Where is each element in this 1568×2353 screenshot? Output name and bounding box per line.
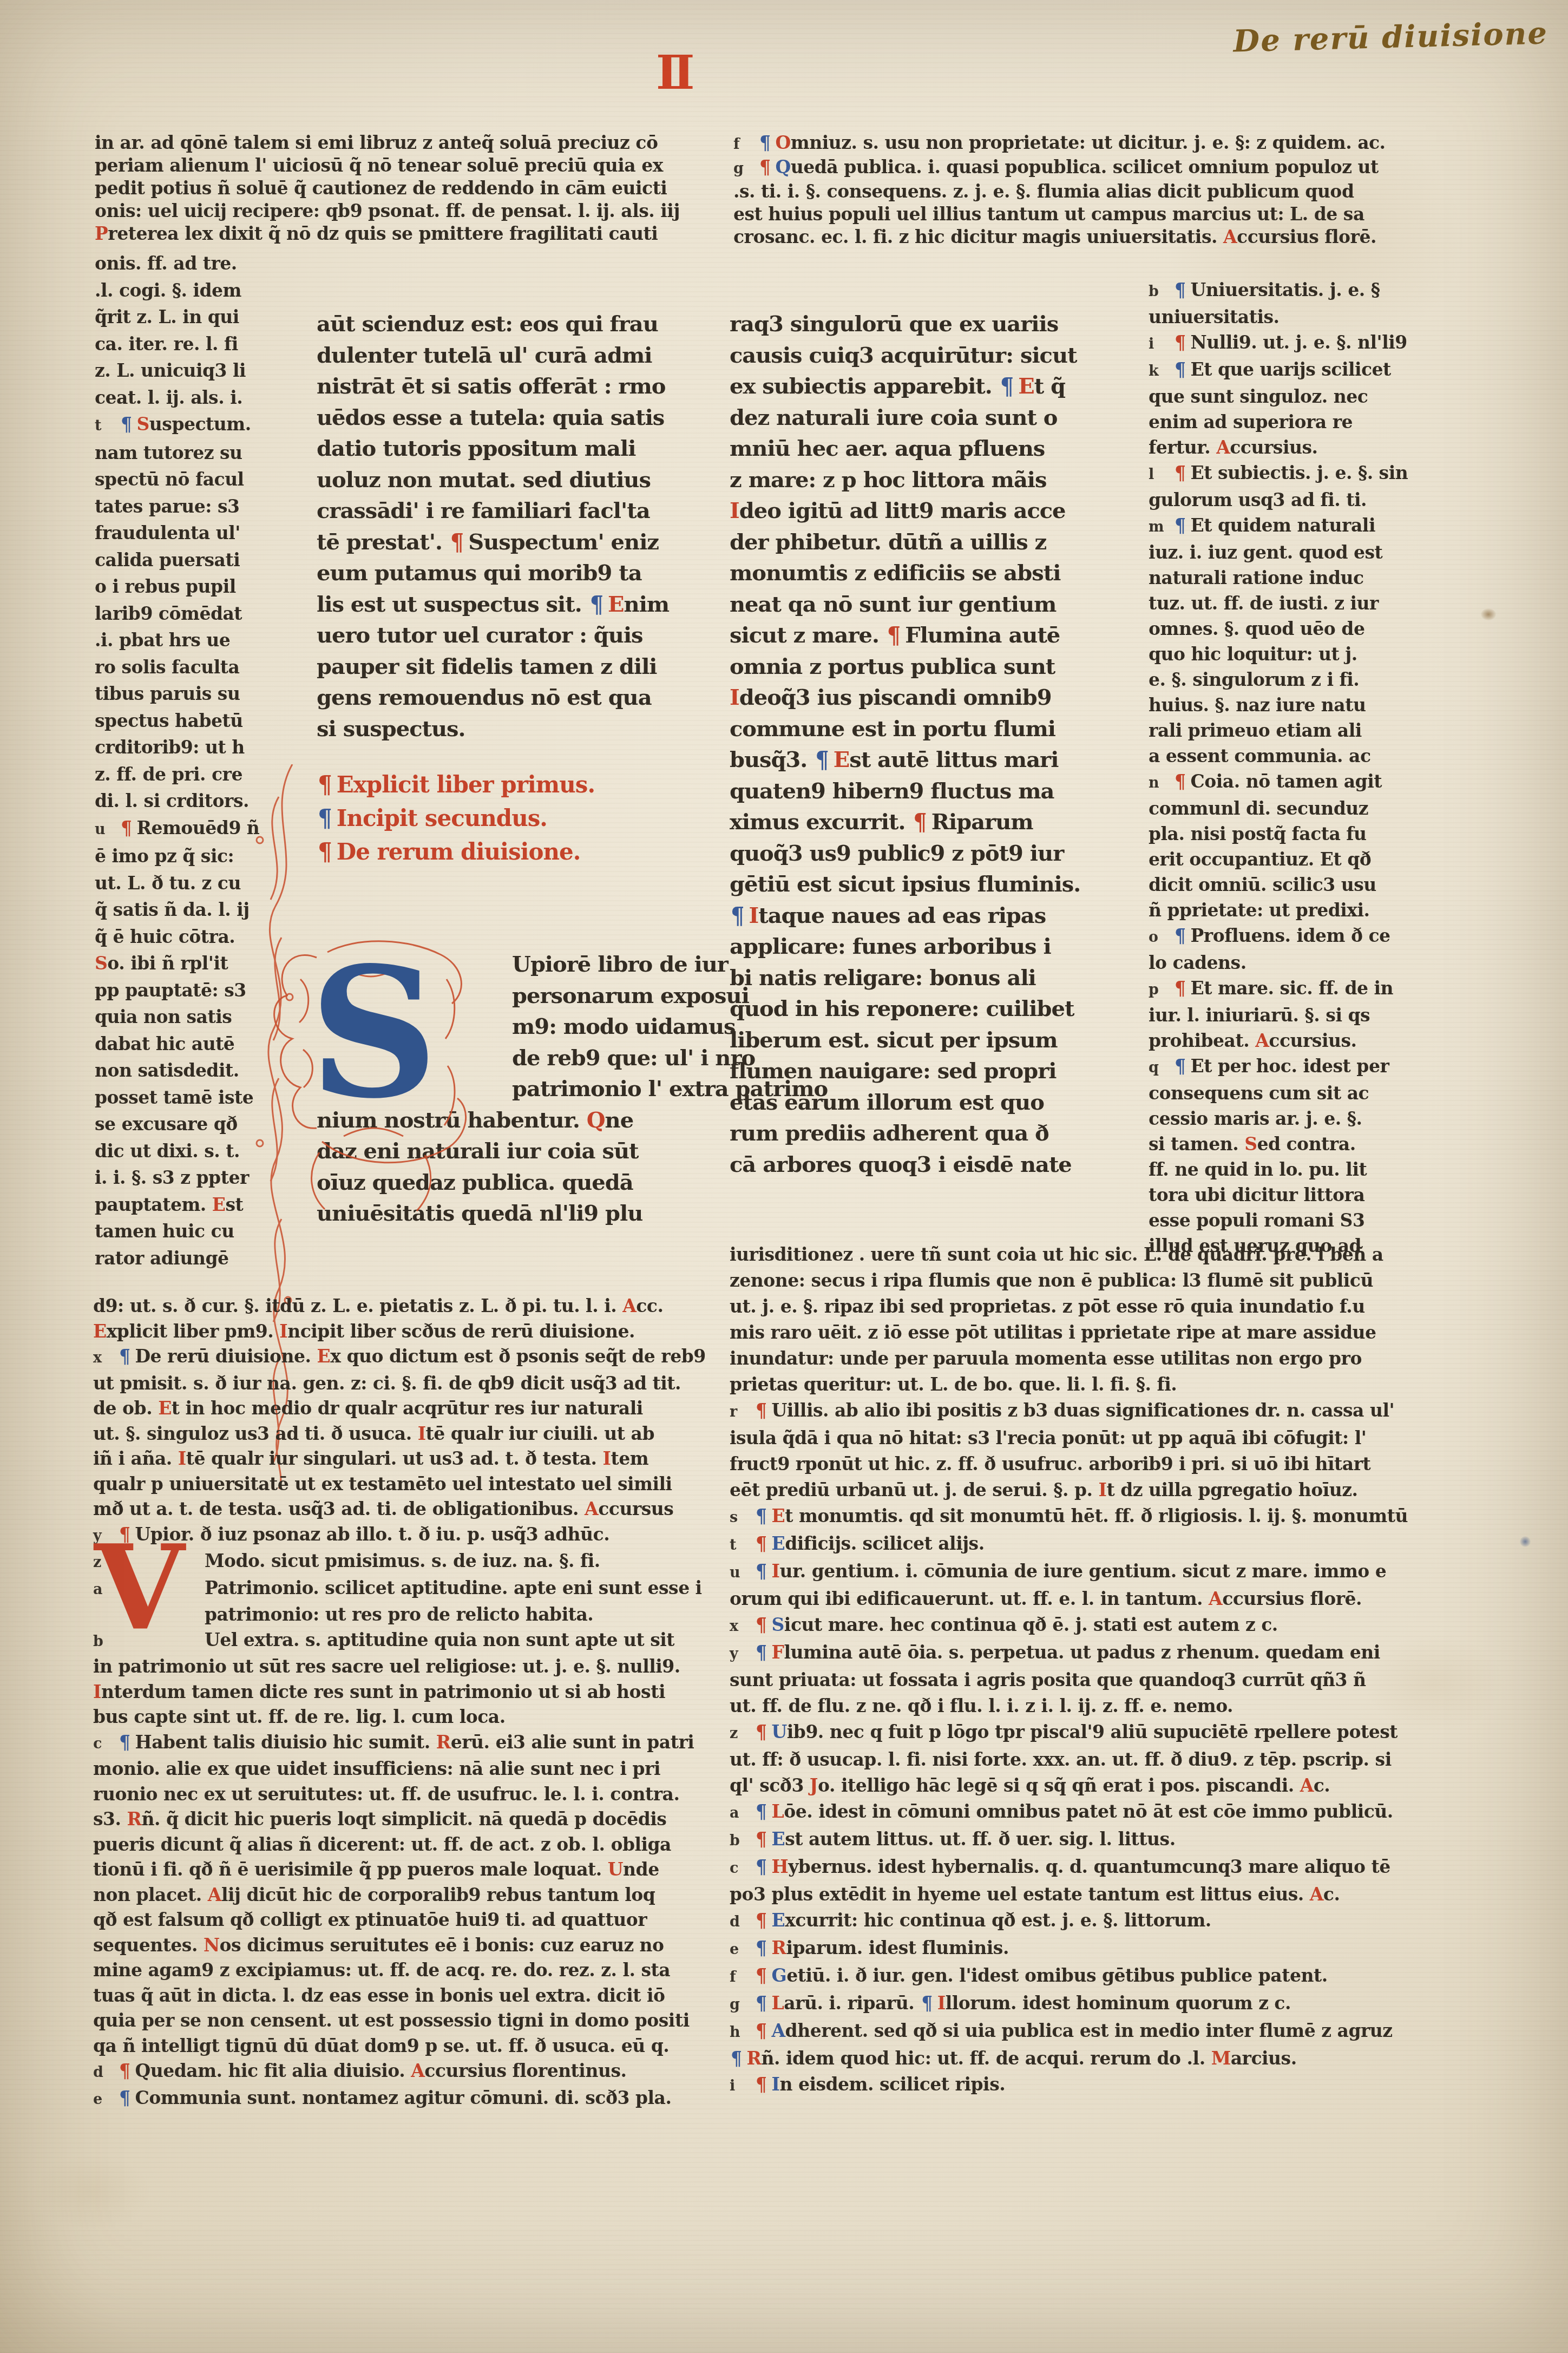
text-line: ut. ff. de flu. z ne. qð i flu. l. i. z … (730, 1693, 1560, 1719)
text-line: pla. nisi postq̃ facta fu (1149, 821, 1547, 847)
paragraph-mark-blue: ¶ (1175, 1052, 1186, 1080)
text-line: quaten9 hibern9 fluctus ma (730, 776, 1152, 807)
text-line: u¶Iur. gentium. i. cōmunia de iure genti… (730, 1558, 1560, 1586)
gloss-index-letter: a (730, 1800, 755, 1826)
text-line: de ob. Et in hoc medio dr qualr acqrūtur… (93, 1396, 755, 1421)
text-line: c¶Hybernus. idest hybernalis. q. d. quan… (730, 1854, 1560, 1882)
text-line: lis est ut suspectus sit. ¶Enim (317, 589, 734, 620)
rubricated-capital: I (730, 685, 739, 710)
lombard-initial-letter: S (309, 928, 437, 1138)
gloss-index-letter: x (93, 1346, 118, 1371)
gloss-index-letter: t (95, 412, 120, 440)
text-line: x¶Sicut mare. hec continua qð ē. j. stat… (730, 1612, 1560, 1640)
text-line: periam alienum l' uiciosū q̃ nō tenear s… (95, 154, 742, 177)
blue-capital: S (772, 1614, 784, 1635)
book-two-opening: S Upiorē libro de iurpersonarum exposuim… (317, 949, 734, 1229)
text-line: iur. l. iniuriarū. §. si qs (1149, 1002, 1547, 1028)
text-line: eēt prediū urbanū ut. j. de serui. §. p.… (730, 1477, 1560, 1503)
text-line: est huius populi uel illius tantum ut ca… (733, 203, 1551, 226)
text-line: t¶Edificijs. scilicet alijs. (730, 1531, 1560, 1558)
text-line: d9: ut. s. ð cur. §. itdū z. L. e. pieta… (93, 1294, 755, 1319)
text-line: uniuersitatis. (1149, 304, 1547, 330)
gloss-bottom-left-block: V d9: ut. s. ð cur. §. itdū z. L. e. pie… (93, 1294, 755, 2112)
paragraph-mark-red: ¶ (450, 525, 463, 559)
rubricated-capital: S (1244, 1133, 1257, 1155)
text-line: flumen nauigare: sed propri (730, 1056, 1152, 1087)
gloss-index-letter: n (1149, 770, 1173, 796)
text-line: y¶Upior. ð iuz psonaz ab illo. t. ð iu. … (93, 1522, 755, 1549)
text-line: Explicit liber pm9. Incipit liber scðus … (93, 1319, 755, 1345)
rubricated-capital: A (1300, 1775, 1314, 1796)
text-line: inundatur: unde per paruula momenta esse… (730, 1346, 1560, 1372)
text-line: aūt scienduz est: eos qui frau (317, 309, 734, 340)
text-line: neat qa nō sunt iur gentium (730, 589, 1152, 620)
rubricated-capital: N (204, 1935, 220, 1956)
text-line: l¶Et subiectis. j. e. §. sin (1149, 460, 1547, 487)
text-line: Interdum tamen dicte res sunt in patrimo… (93, 1680, 755, 1705)
decorated-initial-s: S (317, 949, 503, 1074)
text-line: causis cuiq3 acquirūtur: sicut (730, 340, 1152, 371)
paragraph-mark-blue: ¶ (119, 1729, 130, 1756)
text-line: ex subiectis apparebit. ¶Et q̃ (730, 371, 1152, 402)
text-line: .i. pbat hrs ue (95, 627, 327, 654)
gloss-index-letter: r (730, 1399, 755, 1425)
text-line: iñ i aña. Itē qualr iur singulari. ut us… (93, 1446, 755, 1472)
text-line: crosanc. ec. l. fi. z hic dicitur magis … (733, 226, 1551, 248)
text-line: naturali ratione induc (1149, 565, 1547, 591)
gloss-index-letter: z (730, 1721, 755, 1747)
rubricated-capital: I (772, 1561, 780, 1582)
rubricated-capital: I (603, 1448, 611, 1469)
paragraph-mark-red: ¶ (756, 1611, 767, 1639)
text-line: datio tutoris ppositum mali (317, 433, 734, 464)
paragraph-mark-blue: ¶ (731, 899, 744, 932)
text-line: t¶Suspectum. (95, 411, 327, 440)
text-line: gētiū est sicut ipsius fluminis. (730, 869, 1152, 900)
paragraph-mark-blue: ¶ (756, 1853, 767, 1881)
text-line: orum qui ibi edificauerunt. ut. ff. e. l… (730, 1586, 1560, 1612)
text-line: esse populi romani S3 (1149, 1208, 1547, 1233)
rubricated-capital: E (158, 1398, 172, 1419)
paragraph-mark-red: ¶ (756, 2017, 767, 2045)
text-line: isula q̃dā i qua nō hitat: s3 l'recia po… (730, 1425, 1560, 1451)
paragraph-mark-red: ¶ (913, 805, 926, 839)
text-line: mniū hec aer. aqua pfluens (730, 433, 1152, 464)
paragraph-mark-red: ¶ (1175, 459, 1186, 487)
text-line: ql' scð3 Jo. itelligo hāc legē si q sq̃ … (730, 1773, 1560, 1799)
paragraph-mark-blue: ¶ (756, 1557, 767, 1585)
rubricated-capital: L (772, 1992, 784, 2014)
rubricated-capital: A (208, 1884, 221, 1905)
text-line: .l. cogi. §. idem (95, 277, 327, 304)
text-line: z. L. unicuiq3 li (95, 357, 327, 384)
rubricated-capital: A (1255, 1030, 1269, 1051)
blue-capital: U (772, 1721, 787, 1742)
paragraph-mark-blue: ¶ (815, 743, 828, 777)
rubricated-capital: F (772, 1642, 784, 1663)
paragraph-mark-red: ¶ (759, 155, 771, 179)
gloss-index-letter: c (93, 1732, 118, 1757)
handwritten-running-title: De rerū diuisione (1147, 15, 1548, 61)
text-line: mine agam9 z excipiamus: ut. ff. de acq.… (93, 1958, 755, 1983)
paragraph-mark-red: ¶ (1175, 329, 1186, 356)
rubricated-capital: I (279, 1321, 287, 1342)
text-line: Ideoq̃3 ius piscandi omnib9 (730, 682, 1152, 713)
text-line: liberum est. sicut per ipsum (730, 1025, 1152, 1056)
paragraph-mark-blue: ¶ (1175, 356, 1186, 383)
text-line: ¶Incipit secundus. (317, 802, 734, 835)
text-line: a essent communia. ac (1149, 743, 1547, 769)
text-line: d¶Quedam. hic fit alia diuisio. Accursiu… (93, 2059, 755, 2086)
text-line: ñ pprietate: ut predixi. (1149, 897, 1547, 923)
rubricated-capital: E (608, 592, 624, 617)
incunable-page-scan: II De rerū diuisione in ar. ad qōnē tale… (0, 0, 1568, 2353)
paper-stain (32, 2154, 152, 2230)
gloss-index-letter: s (730, 1505, 755, 1531)
text-line: larib9 cōmēdat (95, 600, 327, 627)
text-line: cessio maris ar. j. e. §. (1149, 1106, 1547, 1131)
text-line: onis. ff. ad tre. (95, 250, 327, 277)
text-line: in patrimonio ut sūt res sacre uel relig… (93, 1654, 755, 1680)
rubricated-capital: E (93, 1321, 107, 1342)
paragraph-mark-red: ¶ (756, 1906, 767, 1935)
main-left-paragraph: aūt scienduz est: eos qui fraudulenter t… (317, 309, 734, 744)
rubricated-capital: A (1216, 437, 1230, 458)
rubricated-capital: A (622, 1295, 636, 1316)
rubricated-capital: I (730, 498, 739, 523)
text-line: s¶Et monumtis. qd sit monumtū hēt. ff. ð… (730, 1503, 1560, 1531)
text-line: sequentes. Nos dicimus seruitutes eē i b… (93, 1933, 755, 1958)
rubricated-capital: R (127, 1808, 142, 1830)
text-line: que sunt singuloz. nec (1149, 384, 1547, 409)
paragraph-mark-red: ¶ (318, 767, 332, 803)
text-line: ut. §. singuloz us3 ad ti. ð usuca. Itē … (93, 1421, 755, 1447)
gloss-index-letter: i (730, 2073, 755, 2099)
text-line: aPatrimonio. scilicet aptitudine. apte e… (93, 1576, 755, 1603)
text-line: i¶In eisdem. scilicet ripis. (730, 2072, 1560, 2099)
text-line: o¶Profluens. idem ð ce (1149, 923, 1547, 950)
rubricated-capital: A (1310, 1884, 1323, 1905)
text-line: fertur. Accursius. (1149, 435, 1547, 460)
text-line: b¶Est autem littus. ut. ff. ð uer. sig. … (730, 1826, 1560, 1854)
text-line: g¶Larū. i. riparū. ¶Illorum. idest homin… (730, 1990, 1560, 2018)
gloss-index-letter: b (1149, 279, 1173, 304)
paragraph-mark-blue: ¶ (921, 1989, 933, 2017)
text-line: dicit omniū. scilic3 usu (1149, 872, 1547, 897)
text-line: m¶Et quidem naturali (1149, 513, 1547, 540)
gloss-right-column: b¶Uniuersitatis. j. e. §uniuersitatis.i¶… (1149, 277, 1547, 1259)
text-line: ¶Rñ. idem quod hic: ut. ff. de acqui. re… (730, 2046, 1560, 2072)
text-line: qð est falsum qð colligt ex ptinuatōe hu… (93, 1908, 755, 1933)
text-line: f¶Getiū. i. ð iur. gen. l'idest omibus g… (730, 1963, 1560, 1990)
paragraph-mark-blue: ¶ (119, 1343, 130, 1370)
text-line: busq̃3. ¶Est autē littus mari (730, 744, 1152, 776)
paragraph-mark-blue: ¶ (731, 2044, 742, 2073)
paragraph-mark-blue: ¶ (756, 1989, 767, 2017)
paragraph-mark-red: ¶ (756, 1397, 767, 1425)
rubricated-capital: I (93, 1681, 101, 1702)
text-line: dulenter tutelā ul' curā admi (317, 340, 734, 371)
text-line: spectū nō facul (95, 466, 327, 493)
text-line: bus capte sint ut. ff. de re. lig. l. cu… (93, 1705, 755, 1730)
rubricated-capital: M (1211, 2048, 1231, 2069)
paragraph-mark-blue: ¶ (759, 130, 771, 155)
text-line: e. §. singulorum z i fi. (1149, 667, 1547, 692)
text-line: tora ubi dicitur littora (1149, 1182, 1547, 1208)
text-line: non placet. Alij dicūt hic de corporalib… (93, 1883, 755, 1908)
blue-capital: G (772, 1965, 787, 1986)
text-line: mis raro uēit. z iō esse pōt utilitas i … (730, 1320, 1560, 1346)
text-line: uero tutor uel curator : q̃uis (317, 620, 734, 651)
text-line: qualr p uniuersitatē ut ex testamēto uel… (93, 1472, 755, 1497)
paragraph-mark-red: ¶ (756, 2070, 767, 2099)
gloss-top-left-block: in ar. ad qōnē talem si emi libruz z ant… (95, 132, 742, 245)
text-line: eum putamus qui morib9 ta (317, 558, 734, 589)
text-line: crditorib9: ut h (95, 734, 327, 761)
text-line: prietas queritur: ut. L. de bo. que. li.… (730, 1372, 1560, 1398)
text-line: ro solis faculta (95, 654, 327, 681)
gloss-bottom-right-block: iurisditionez . uere tñ sunt coia ut hic… (730, 1242, 1560, 2099)
text-line: tibus paruis su (95, 680, 327, 707)
text-line: bi natis religare: bonus ali (730, 962, 1152, 994)
rubricated-capital: U (608, 1859, 623, 1880)
gloss-index-letter: b (730, 1828, 755, 1854)
text-line: ximus excurrit. ¶Riparum (730, 807, 1152, 838)
gloss-index-letter: p (1149, 977, 1173, 1002)
text-line: s3. Rñ. q̃ dicit hic pueris loqt simplic… (93, 1807, 755, 1832)
paragraph-mark-blue: ¶ (756, 1934, 767, 1962)
text-line: in ar. ad qōnē talem si emi libruz z ant… (95, 132, 742, 154)
text-line: quoq̃3 us9 public9 z pōt9 iur (730, 838, 1152, 869)
rubricated-capital: E (212, 1194, 226, 1215)
text-line: ceat. l. ij. als. i. (95, 384, 327, 411)
text-line: tionū i fi. qð ñ ē uerisimile q̃ pp puer… (93, 1857, 755, 1883)
text-line: d¶Excurrit: hic continua qð est. j. e. §… (730, 1908, 1560, 1935)
text-line: tuas q̃ aūt in dicta. l. dz eas esse in … (93, 1983, 755, 2009)
text-line: quod in his reponere: cuilibet (730, 993, 1152, 1025)
text-line: pauper sit fidelis tamen z dili (317, 651, 734, 683)
text-line: onis: uel uicij recipere: qb9 psonat. ff… (95, 200, 742, 222)
text-line: Preterea lex dixit q̃ nō dz quis se pmit… (95, 222, 742, 245)
gloss-index-letter: u (730, 1560, 755, 1586)
text-line: fraudulenta ul' (95, 520, 327, 547)
rubricated-capital: I (418, 1423, 426, 1444)
text-line: ut pmisit. s. ð iur na. gen. z: ci. §. f… (93, 1371, 755, 1397)
text-line: pueris dicunt q̃ alias ñ dicerent: ut. f… (93, 1832, 755, 1858)
text-line: z mare: z p hoc littora mãis (730, 464, 1152, 496)
text-line: raq3 singulorū que ex uariis (730, 309, 1152, 340)
text-line: f¶Omniuz. s. usu non proprietate: ut dic… (733, 132, 1551, 156)
text-line: commune est in portu flumi (730, 713, 1152, 745)
paragraph-mark-blue: ¶ (756, 1502, 767, 1530)
gloss-index-letter: y (730, 1641, 755, 1667)
text-line: spectus habetū (95, 707, 327, 735)
text-line: a¶Lōe. idest in cōmuni omnibus patet nō … (730, 1799, 1560, 1826)
paragraph-mark-blue: ¶ (121, 410, 132, 438)
text-line: sunt priuata: ut fossata i agris posita … (730, 1667, 1560, 1693)
text-line: tuz. ut. ff. de iusti. z iur (1149, 591, 1547, 616)
rubricated-capital: A (585, 1498, 598, 1519)
text-line: p¶Et mare. sic. ff. de in (1149, 975, 1547, 1002)
rubricated-capital: R (436, 1732, 451, 1753)
paragraph-mark-red: ¶ (756, 1962, 767, 1990)
text-line: pedit potius ñ soluē q̃ cautionez de red… (95, 177, 742, 200)
text-line: r¶Uillis. ab alio ibi positis z b3 duas … (730, 1398, 1560, 1425)
paragraph-mark-blue: ¶ (119, 2085, 130, 2112)
paragraph-mark-blue: ¶ (1175, 512, 1186, 539)
text-line: si tamen. Sed contra. (1149, 1131, 1547, 1157)
text-line: e¶Riparum. idest fluminis. (730, 1935, 1560, 1963)
rubricated-capital: E (772, 1505, 785, 1526)
rubricated-capital: O (776, 132, 791, 153)
gloss-index-letter: u (95, 816, 120, 843)
text-line: gulorum usq3 ad fi. ti. (1149, 487, 1547, 513)
text-line: patrimonio: ut res pro de relicto habita… (93, 1602, 755, 1628)
gloss-index-letter: l (1149, 462, 1173, 487)
gloss-index-letter: m (1149, 514, 1173, 540)
text-line: y¶Flumina autē ōia. s. perpetua. ut padu… (730, 1640, 1560, 1667)
paragraph-mark-red: ¶ (119, 2057, 130, 2085)
blue-capital: I (772, 2074, 780, 2095)
paragraph-mark-blue: ¶ (1000, 370, 1013, 403)
text-line: ruonio nec ex ut seruitutes: ut. ff. de … (93, 1782, 755, 1807)
gloss-index-letter: d (730, 1909, 755, 1935)
text-line: ¶Itaque naues ad eas ripas (730, 900, 1152, 932)
gloss-index-letter: f (733, 133, 758, 156)
text-line: consequens cum sit ac (1149, 1080, 1547, 1106)
blue-capital: Q (776, 156, 791, 178)
text-line: dez naturali iure coia sunt o (730, 402, 1152, 434)
text-line: po3 plus extēdit in hyeme uel estate tan… (730, 1882, 1560, 1908)
gloss-index-letter: h (730, 2020, 755, 2046)
text-line: qa ñ intelligt tignū dū dūat dom9 p se. … (93, 2034, 755, 2059)
text-line: ca. iter. re. l. fi (95, 331, 327, 358)
rubricated-capital: J (810, 1775, 818, 1796)
blue-capital: E (772, 1533, 785, 1554)
text-line: g¶Quedā publica. i. quasi popublica. sci… (733, 156, 1551, 180)
lombard-initial-v: V (94, 1536, 184, 1639)
text-line: Ideo igitū ad litt9 maris acce (730, 495, 1152, 527)
text-line: c¶Habent talis diuisio hic sumit. Rerū. … (93, 1730, 755, 1757)
text-line: omnes. §. quod uēo de (1149, 616, 1547, 641)
rubricated-capital: E (1018, 373, 1034, 399)
gloss-index-letter: c (730, 1856, 755, 1882)
paragraph-mark-blue: ¶ (1175, 922, 1186, 949)
blue-capital: E (772, 1828, 785, 1850)
text-line: applicare: funes arboribus i (730, 931, 1152, 962)
text-line: tates parue: s3 (95, 493, 327, 520)
paragraph-mark-red: ¶ (121, 814, 132, 842)
blue-capital: A (772, 2020, 785, 2041)
paragraph-mark-blue: ¶ (756, 1798, 767, 1826)
rubric-heading: ¶Explicit liber primus.¶Incipit secundus… (317, 768, 734, 869)
text-line: huius. §. naz iure natu (1149, 692, 1547, 718)
gloss-index-letter: g (730, 1992, 755, 2018)
text-line: e¶Communia sunt. nontamez agitur cōmuni.… (93, 2086, 755, 2113)
text-line: iuz. i. iuz gent. quod est (1149, 540, 1547, 565)
text-line: cā arbores quoq3 i eisdē nate (730, 1149, 1152, 1181)
text-line: ff. ne quid in lo. pu. lit (1149, 1157, 1547, 1182)
gloss-index-letter: e (93, 2087, 118, 2113)
text-line: q̃rit z. L. in qui (95, 304, 327, 331)
gloss-index-letter: f (730, 1964, 755, 1990)
text-line: uēdos esse a tutela: quia satis (317, 402, 734, 434)
rubricated-capital: I (178, 1448, 186, 1469)
rubricated-capital: A (1223, 226, 1237, 247)
text-line: sicut z mare. ¶Flumina autē (730, 620, 1152, 651)
text-line: ¶De rerum diuisione. (317, 835, 734, 869)
gloss-index-letter: t (730, 1532, 755, 1558)
text-line: o i rebus pupil (95, 573, 327, 600)
text-line: k¶Et que uarijs scilicet (1149, 357, 1547, 384)
rubricated-capital: P (95, 223, 108, 244)
text-line: quia per se non censent. ut est possessi… (93, 2008, 755, 2034)
gloss-index-letter: x (730, 1614, 755, 1640)
blue-capital: E (772, 1910, 785, 1931)
text-line: i¶Nulli9. ut. j. e. §. nl'li9 (1149, 330, 1547, 357)
paragraph-mark-red: ¶ (756, 1825, 767, 1853)
text-line: b¶Uniuersitatis. j. e. § (1149, 277, 1547, 304)
text-line: prohibeat. Accursius. (1149, 1028, 1547, 1053)
rubricated-capital: I (1099, 1479, 1107, 1500)
main-text-right-column: raq3 singulorū que ex uariiscausis cuiq3… (730, 309, 1152, 1180)
rubricated-capital: I (937, 1992, 946, 2014)
text-line: uoluz non mutat. sed diutius (317, 464, 734, 496)
rubricated-capital: R (772, 1937, 786, 1958)
paragraph-mark-blue: ¶ (590, 587, 603, 621)
folio-number: II (656, 45, 690, 100)
text-line: calida puersati (95, 547, 327, 574)
text-line: n¶Coia. nō tamen agit (1149, 769, 1547, 796)
text-line: der phibetur. dūtñ a uillis z (730, 527, 1152, 558)
text-line: zenone: secus i ripa flumis que non ē pu… (730, 1268, 1560, 1294)
paragraph-mark-blue: ¶ (756, 1638, 767, 1667)
text-line: crassādi' i re familiari facl'ta (317, 495, 734, 527)
rubricated-capital: S (95, 953, 107, 974)
gloss-index-letter: e (730, 1937, 755, 1963)
paragraph-mark-red: ¶ (1175, 974, 1186, 1002)
paragraph-mark-blue: ¶ (1175, 276, 1186, 304)
text-line: iurisditionez . uere tñ sunt coia ut hic… (730, 1242, 1560, 1268)
rubricated-capital: L (772, 1801, 784, 1822)
paragraph-mark-red: ¶ (119, 1521, 130, 1548)
text-line: enim ad superiora re (1149, 409, 1547, 435)
text-line: tē prestat'. ¶Suspectum' eniz (317, 527, 734, 558)
rubricated-capital: A (411, 2060, 424, 2081)
gloss-bottom-left-lines: d9: ut. s. ð cur. §. itdū z. L. e. pieta… (93, 1294, 755, 2112)
text-line: nam tutorez su (95, 440, 327, 467)
text-line: fruct9 rponūt ut hic. z. ff. ð usufruc. … (730, 1451, 1560, 1477)
gloss-index-letter: i (1149, 331, 1173, 357)
rubricated-capital: R (747, 2048, 762, 2069)
paragraph-mark-blue: ¶ (318, 801, 332, 837)
rubricated-capital: Q (587, 1107, 605, 1133)
text-line: gens remouendus nō est qua (317, 682, 734, 713)
gloss-index-letter: q (1149, 1055, 1173, 1080)
gloss-top-right-block: f¶Omniuz. s. usu non proprietate: ut dic… (733, 132, 1551, 248)
rubricated-capital: S (137, 414, 149, 435)
text-line: ¶Explicit liber primus. (317, 768, 734, 802)
text-line: z¶Uib9. nec q fuit p lōgo tpr piscal'9 a… (730, 1719, 1560, 1747)
text-line: omnia z portus publica sunt (730, 651, 1152, 683)
rubricated-capital: E (834, 747, 850, 772)
text-line: q¶Et per hoc. idest per (1149, 1053, 1547, 1080)
rubricated-capital: I (749, 903, 758, 928)
text-line: si suspectus. (317, 713, 734, 745)
gloss-index-letter: o (1149, 925, 1173, 950)
rubricated-capital: E (317, 1346, 331, 1367)
rubricated-capital: H (772, 1856, 789, 1877)
